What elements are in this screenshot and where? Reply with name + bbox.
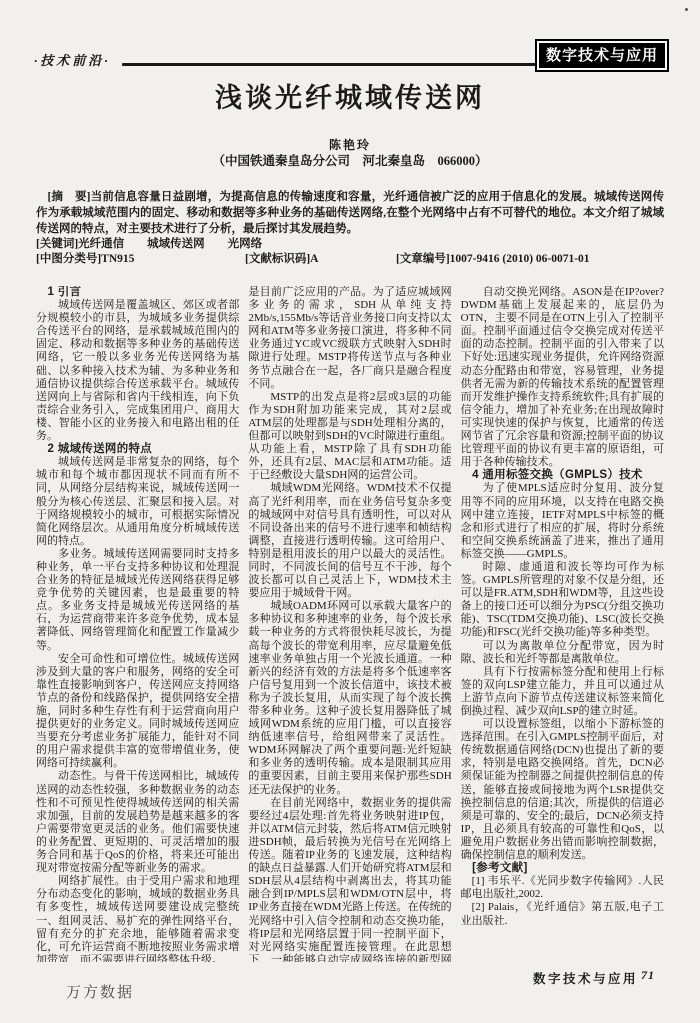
text-block: 为了使MPLS适应时分复用、波分复用等不同的应用环境，以支持在电路交换网中建立连…: [461, 482, 664, 561]
text-block: 可以设置标签组，以缩小下游标签的选择范围。在引入GMPLS控制平面后，对传统数据…: [461, 718, 664, 862]
text-block: 网络扩展性。由于受用户需求和地理分布动态变化的影响，城域的数据业务具有多变性，城…: [36, 875, 239, 962]
keywords-line: [关键词]光纤通信 城域传送网 光网络: [36, 235, 664, 251]
text-block: 是目前广泛应用的产品。为了适应城域网多业务的需求，SDH从单纯支持2Mb/s,1…: [248, 286, 451, 391]
text-block: [1] 韦乐平.《光同步数字传输网》.人民邮电出版社,2002.: [461, 875, 664, 901]
article-id: [文章编号]1007-9416 (2010) 06-0071-01: [396, 250, 590, 266]
column-1: 1 引言城域传送网是覆盖城区、郊区或者部分规模较小的市县，为城域多业务提供综合传…: [36, 286, 239, 962]
author-affiliation: （中国铁通秦皇岛分公司 河北秦皇岛 066000）: [0, 151, 700, 169]
column-2: 是目前广泛应用的产品。为了适应城域网多业务的需求，SDH从单纯支持2Mb/s,1…: [248, 286, 451, 962]
column-3: 自动交换光网络。ASON是在IP?over?DWDM基础上发展起来的，底层仍为O…: [461, 286, 664, 962]
scan-artifact: [685, 8, 688, 11]
journal-page: ·技术前沿· 数字技术与应用 浅谈光纤城域传送网 陈艳玲 （中国铁通秦皇岛分公司…: [0, 0, 700, 1023]
text-block: [参考文献]: [461, 862, 664, 875]
text-block: 城域OADM环网可以承载大量客户的多种协议和多种速率的业务，每个波长承载一种业务…: [248, 600, 451, 796]
abstract-text: 当前信息容量日益剧增，为提高信息的传输速度和容量，光纤通信被广泛的应用于信息化的…: [36, 191, 664, 235]
text-block: 城域传送网是非常复杂的网络，每个城市和每个城市都因现状不同而有所不同，从网络分层…: [36, 456, 239, 548]
clc-number: [中图分类号]TN915: [36, 250, 134, 266]
abstract: [摘 要]当前信息容量日益剧增，为提高信息的传输速度和容量，光纤通信被广泛的应用…: [36, 189, 664, 237]
text-block: 多业务。城域传送网需要同时支持多种业务，单一平台支持多种协议和处理混合业务的特征…: [36, 548, 239, 653]
section-label: ·技术前沿·: [34, 50, 111, 69]
text-block: 自动交换光网络。ASON是在IP?over?DWDM基础上发展起来的，底层仍为O…: [461, 286, 664, 469]
text-block: 安全可命性和可增位性。城域传送网涉及到大量的客户和服务，网络的安全可靠性直接影响…: [36, 653, 239, 771]
text-block: 1 引言: [36, 286, 239, 299]
text-block: [2] Palais，《光纤通信》第五版,电子工业出版社.: [461, 901, 664, 927]
text-block: MSTP的出发点是将2层或3层的功能作为SDH附加功能来完成，其对2层或ATM层…: [248, 391, 451, 483]
document-code: [文献标识码]A: [245, 250, 318, 266]
text-block: 在目前光网络中，数据业务的提供需要经过4层处理:首先将业务映射进IP包，并以AT…: [248, 797, 451, 962]
abstract-label: [摘 要]: [48, 191, 91, 203]
article-body: 1 引言城域传送网是覆盖城区、郊区或者部分规模较小的市县，为城域多业务提供综合传…: [36, 286, 664, 962]
wanfang-watermark: 万方数据: [66, 981, 134, 1002]
meta-row: [中图分类号]TN915 [文献标识码]A [文章编号]1007-9416 (2…: [36, 250, 664, 264]
journal-badge: 数字技术与应用: [537, 41, 667, 70]
footer-page-number: 71: [641, 968, 655, 983]
text-block: 动态性。与骨干传送网相比，城域传送网的动态性较强，多种数据业务的动态性和不可预见…: [36, 770, 239, 875]
text-block: 城域WDM光网络。WDM技术不仅提高了光纤利用率，而在业务信号复杂多变的城域网中…: [248, 482, 451, 600]
text-block: 时隙、虚通道和波长等均可作为标签。GMPLS所管理的对象不仅是分组，还可以是FR…: [461, 561, 664, 640]
article-title: 浅谈光纤城域传送网: [0, 76, 700, 115]
text-block: 2 城域传送网的特点: [36, 443, 239, 456]
text-block: 具有下行按需标签分配和使用上行标签的双向LSP建立能力，并且可以通过从上游节点向…: [461, 666, 664, 718]
text-block: 可以为离散单位分配带宽，因为时隙、波长和光纤等都是离散单位。: [461, 640, 664, 666]
footer-journal-name: 数字技术与应用: [533, 969, 638, 987]
text-block: 城域传送网是覆盖城区、郊区或者部分规模较小的市县，为城域多业务提供综合传送平台的…: [36, 299, 239, 443]
text-block: 4 通用标签交换（GMPLS）技术: [461, 469, 664, 482]
